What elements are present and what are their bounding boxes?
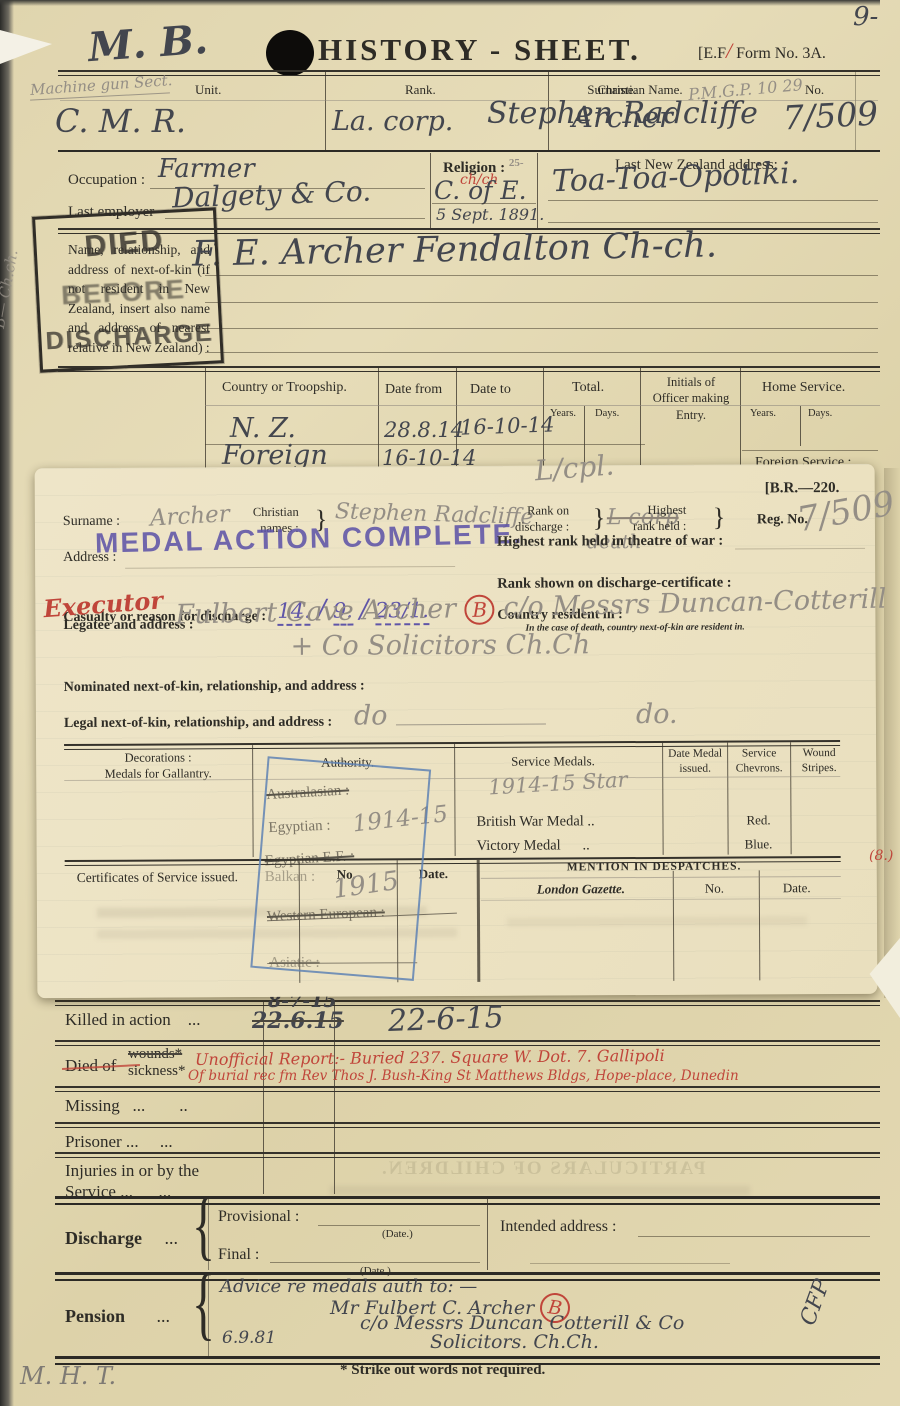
rule [58, 70, 880, 76]
md-h-wound-2: Stripes. [802, 762, 837, 774]
br-legal-label: Legal next-of-kin, relationship, and add… [64, 715, 332, 732]
religion-pencil-note: 25- [509, 157, 524, 169]
md-h-date: Date Medal issued. [664, 747, 726, 777]
service-number-value: 7/509 [782, 94, 879, 138]
form-number-text: Form No. 3A. [736, 45, 826, 62]
br-theatre-label: Highest rank held in theatre of war : [497, 533, 723, 551]
owner-initials: M. B. [87, 16, 210, 71]
brace-icon: } [593, 503, 606, 533]
form-number-bracket: [E.F [698, 45, 726, 62]
svc-headrule [205, 405, 880, 406]
stamp-word-before: BEFORE [60, 274, 186, 311]
intended-line2 [530, 1263, 730, 1264]
red-circled-b: B [464, 594, 495, 625]
killed-dots: ... [188, 1010, 201, 1029]
svc-div1 [378, 368, 379, 470]
died-sickness: sickness* [128, 1063, 186, 1080]
medal-victory: Victory Medal .. [477, 837, 590, 855]
md-h-chevrons: Service Chevrons. [729, 746, 789, 776]
svc-div5b [800, 406, 801, 446]
svc-left [205, 368, 206, 470]
religion-date: 5 Sept. 1891. [436, 205, 544, 224]
br-highest-label-2: rank held : [633, 518, 687, 532]
provisional-date-caption: (Date.) [382, 1228, 413, 1240]
christian-name-value2: Stephen Radcliffe [487, 96, 758, 131]
md-h-dec-1: Decorations : [125, 750, 192, 764]
md-div2 [454, 744, 456, 856]
md-h-decorations: Decorations : Medals for Gallantry. [66, 749, 250, 782]
died-wounds: wounds* [128, 1046, 182, 1063]
chevron-red: Red. [746, 812, 770, 828]
mention-no-label: No. [705, 881, 724, 897]
religion-box-left [430, 153, 431, 228]
pension-inner-left [208, 1274, 209, 1356]
medal-bwm: British War Medal .. [476, 813, 594, 831]
svc-div4 [640, 368, 641, 470]
pension-initials: CFP [796, 1276, 836, 1329]
md-h-date-1: Date Medal [668, 748, 722, 760]
br-rank-label-1: Rank on [527, 503, 569, 517]
scan-edge-left [0, 0, 14, 1406]
rule [58, 150, 880, 152]
nok-line4 [205, 352, 878, 353]
svc-h-initials: Initials of Officer making Entry. [648, 374, 734, 423]
col-header-unit: Unit. [195, 82, 221, 98]
svc-sub-days1: Days. [595, 408, 619, 419]
cert-date-label: Date. [419, 866, 448, 882]
svc-row1-to: 16-10-14 [460, 412, 555, 439]
died-note-1: Unofficial Report:- Buried 237. Square W… [195, 1046, 665, 1069]
mention-underline [481, 876, 841, 879]
pension-dots: ... [157, 1306, 171, 1326]
br-rank-pencil: L/cpl. [533, 448, 615, 487]
page-title: HISTORY - SHEET. [318, 32, 641, 68]
nok-line1 [205, 275, 878, 276]
final-label: Final : [218, 1246, 259, 1264]
prisoner-text: Prisoner ... [65, 1132, 139, 1151]
svc-h-from: Date from [385, 382, 442, 398]
gazette-label: London Gazette. [537, 881, 625, 897]
md-h-date-2: issued. [679, 763, 711, 775]
bottom-initials: M. H. T. [20, 1362, 116, 1390]
br-highest-label: Highest rank held : [633, 503, 687, 535]
br-christian-label-1: Christian [253, 505, 299, 519]
discharge-label: Discharge ... [65, 1228, 178, 1249]
md-h-service: Service Medals. [511, 753, 595, 769]
unit-value: C. M. R. [55, 102, 186, 140]
svc-div5 [740, 368, 741, 470]
prisoner-dots: ... [160, 1132, 173, 1151]
final-line [270, 1262, 480, 1263]
nz-address-line1 [548, 200, 878, 201]
br-nominated-label: Nominated next-of-kin, relationship, and… [64, 678, 365, 696]
missing-dots: ... .. [133, 1096, 188, 1115]
pension-line-4: Solicitors. Ch.Ch. [430, 1331, 599, 1353]
died-before-discharge-stamp: DIED BEFORE DISCHARGE [32, 207, 224, 372]
discharge-dots: ... [164, 1228, 178, 1248]
legal-do-dash [396, 724, 546, 726]
corner-page-note: 9- [853, 2, 878, 32]
svc-h-to: Date to [470, 382, 511, 398]
discharge-divider [487, 1198, 488, 1270]
chevron-blue: Blue. [745, 836, 773, 852]
missing-label: Missing ... .. [65, 1096, 188, 1116]
cert-label: Certificates of Service issued. [77, 869, 238, 886]
intended-line [638, 1236, 870, 1237]
pension-text: Pension [65, 1306, 125, 1326]
svc-sub-years2: Years. [750, 408, 776, 419]
killed-date-value: 22-6-15 [387, 1000, 504, 1039]
legatee-name: Fulbert Cave Archer [175, 593, 456, 630]
md-div1 [252, 745, 254, 857]
md-h-chev-2: Chevrons. [736, 762, 783, 774]
legal-do-1: do [354, 700, 388, 731]
bleed-through [330, 1186, 750, 1195]
br-legatee-label: Legatee and address : [63, 617, 193, 634]
prisoner-label: Prisoner ... ... [65, 1132, 173, 1152]
stamp-word-died: DIED [83, 224, 165, 265]
strike-out-footnote: * Strike out words not required. [340, 1362, 545, 1379]
md-h-wound-1: Wound [803, 747, 836, 759]
br220-form: [B.R.—220. Surname : Archer Christian na… [35, 464, 878, 998]
provisional-label: Provisional : [218, 1208, 299, 1226]
scan-edge-top [0, 0, 880, 6]
margin-red-note: (8.) [869, 848, 893, 864]
missing-text: Missing [65, 1096, 120, 1115]
red-tick-icon: / [726, 38, 732, 63]
medal-star-pencil: 1914-15 Star [488, 767, 628, 799]
svc-fs-line [742, 450, 878, 451]
died-note-2: Of burial rec fm Rev Thos J. Bush-King S… [188, 1068, 739, 1084]
rule [55, 1196, 880, 1205]
killed-label: Killed in action ... [65, 1010, 201, 1030]
svc-h-home: Home Service. [762, 380, 845, 396]
killed-label-text: Killed in action [65, 1010, 171, 1029]
killed-date-struck: 22.6.15 [252, 1008, 344, 1034]
base-sheet-edge [884, 468, 900, 998]
form-number: [E.F/ Form No. 3A. [698, 38, 826, 64]
bleed-through [507, 916, 807, 927]
br-highest-label-1: Highest [647, 503, 686, 517]
br-address-line [125, 566, 455, 569]
md-h-wound: Wound Stripes. [792, 746, 846, 776]
mention-date-label: Date. [783, 880, 811, 896]
nok-value: F. E. Archer Fendalton Ch-ch. [192, 225, 718, 274]
id-col-divider [325, 72, 326, 150]
occupation-label: Occupation : [68, 172, 145, 189]
legatee-line2: + Co Solicitors Ch.Ch [290, 629, 590, 662]
pension-label: Pension ... [65, 1306, 170, 1327]
nz-address-line2 [548, 222, 878, 223]
rule [55, 1122, 880, 1128]
nz-address-value: Toa-Toa-Opotiki. [551, 156, 799, 200]
nok-line3 [205, 328, 878, 329]
mention-header: Mention in Despatches. [567, 861, 742, 874]
intended-address-label: Intended address : [500, 1218, 616, 1236]
pension-date: 6.9.81 [222, 1328, 276, 1348]
stamp-word-discharge: DISCHARGE [45, 319, 214, 357]
unit-annotation: Machine gun Sect. [30, 71, 173, 99]
injuries-text-1: Injuries in or by the [65, 1161, 199, 1180]
religion-value: C. of E. [434, 176, 527, 205]
scanned-history-sheet: 9- M. B. HISTORY - SHEET. [E.F/ Form No.… [0, 0, 900, 1406]
religion-line [432, 203, 536, 204]
svc-sub-days2: Days. [808, 408, 832, 419]
svc-h-total: Total. [572, 380, 604, 396]
rule [58, 366, 880, 372]
svc-h-country: Country or Troopship. [222, 380, 347, 396]
discharge-text: Discharge [65, 1228, 142, 1248]
col-header-rank: Rank. [405, 82, 436, 98]
svc-row1-from: 28.8.14 [384, 418, 464, 442]
bleed-through-children-header: PARTICULARS OF CHILDREN. [380, 1158, 706, 1180]
ct-div3 [477, 860, 481, 982]
br-theatre-line [735, 548, 865, 550]
provisional-line [318, 1225, 480, 1226]
md-h-chev-1: Service [742, 747, 777, 759]
rank-value: La. corp. [332, 106, 453, 137]
rule [55, 1086, 880, 1092]
brace-icon: } [713, 503, 726, 533]
legal-do-2: do. [636, 699, 678, 730]
gazette-underline [481, 898, 841, 901]
nok-line2 [205, 302, 878, 303]
brace-icon: { [192, 1257, 215, 1351]
blue-stamp-frame [250, 756, 431, 981]
